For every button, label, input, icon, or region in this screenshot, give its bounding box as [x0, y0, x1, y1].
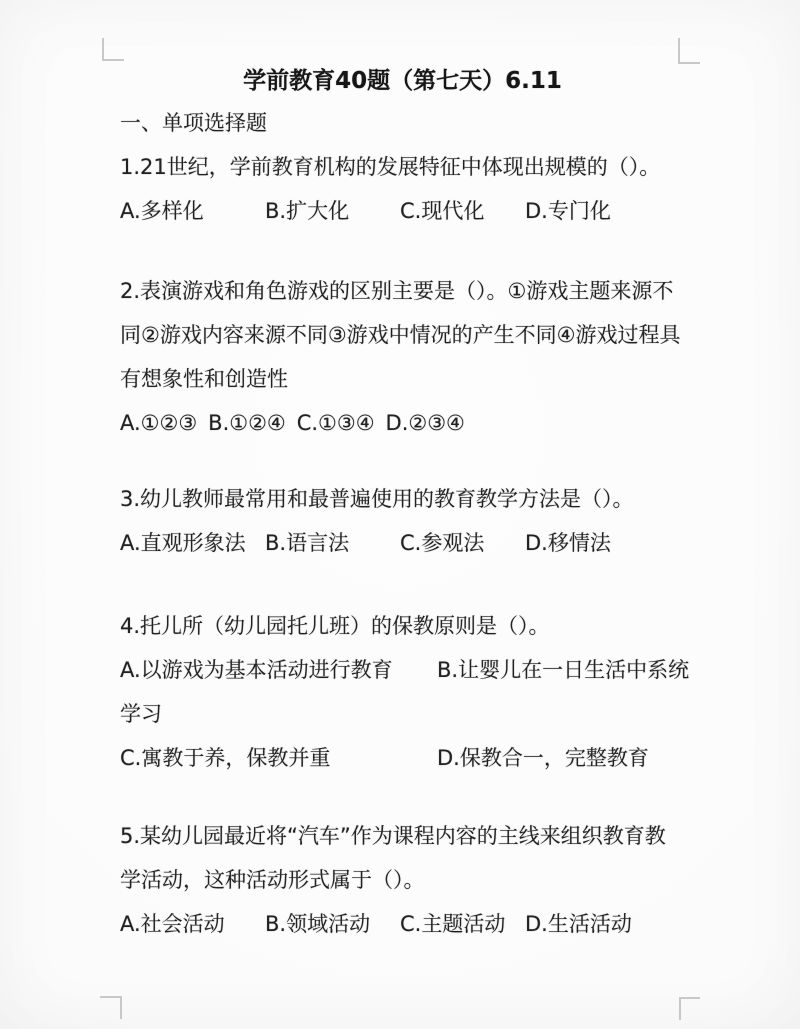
question-2-text-line-3: 有想象性和创造性	[120, 357, 685, 401]
question-2-text-line-1: 2.表演游戏和角色游戏的区别主要是（）。①游戏主题来源不	[120, 269, 685, 313]
crop-mark-bottom-left-icon	[100, 996, 122, 1019]
question-1-options: A.多样化 B.扩大化 C.现代化 D.专门化	[120, 189, 685, 233]
question-4-option-d: D.保教合一，完整教育	[437, 736, 685, 780]
question-4-options-row-1: A.以游戏为基本活动进行教育 B.让婴儿在一日生活中系统	[120, 648, 685, 692]
question-3-text: 3.幼儿教师最常用和最普遍使用的教育教学方法是（）。	[120, 477, 685, 521]
section-heading: 一、单项选择题	[120, 108, 685, 138]
question-5-option-d: D.生活活动	[525, 902, 685, 946]
question-4-text: 4.托儿所（幼儿园托儿班）的保教原则是（）。	[120, 604, 685, 648]
page-title: 学前教育40题（第七天）6.11	[120, 66, 685, 96]
question-4-option-c: C.寓教于养，保教并重	[120, 736, 437, 780]
question-4-option-b: B.让婴儿在一日生活中系统	[437, 648, 689, 692]
question-3-options: A.直观形象法 B.语言法 C.参观法 D.移情法	[120, 521, 685, 565]
question-5-text-line-1: 5.某幼儿园最近将“汽车”作为课程内容的主线来组织教育教	[120, 814, 685, 858]
document-page: 学前教育40题（第七天）6.11 一、单项选择题 1.21世纪，学前教育机构的发…	[0, 0, 800, 1029]
document-content: 学前教育40题（第七天）6.11 一、单项选择题 1.21世纪，学前教育机构的发…	[120, 0, 685, 946]
question-4-option-a: A.以游戏为基本活动进行教育	[120, 648, 437, 692]
crop-mark-bottom-right-icon	[679, 997, 700, 1020]
question-2-text-line-2: 同②游戏内容来源不同③游戏中情况的产生不同④游戏过程具	[120, 313, 685, 357]
question-5-text-line-2: 学活动，这种活动形式属于（）。	[120, 858, 685, 902]
question-2-option-b: B.①②④	[208, 401, 286, 445]
question-3-option-b: B.语言法	[265, 521, 400, 565]
question-5-option-b: B.领域活动	[265, 902, 400, 946]
question-1: 1.21世纪，学前教育机构的发展特征中体现出规模的（）。 A.多样化 B.扩大化…	[120, 145, 685, 233]
question-3-option-d: D.移情法	[525, 521, 685, 565]
question-3-option-c: C.参观法	[400, 521, 525, 565]
question-5-option-a: A.社会活动	[120, 902, 265, 946]
question-1-option-d: D.专门化	[525, 189, 685, 233]
question-5-options: A.社会活动 B.领域活动 C.主题活动 D.生活活动	[120, 902, 685, 946]
question-2-options: A.①②③ B.①②④ C.①③④ D.②③④	[120, 401, 685, 445]
question-1-option-b: B.扩大化	[265, 189, 400, 233]
question-2: 2.表演游戏和角色游戏的区别主要是（）。①游戏主题来源不 同②游戏内容来源不同③…	[120, 269, 685, 445]
question-4-options-row-2: C.寓教于养，保教并重 D.保教合一，完整教育	[120, 736, 685, 780]
question-2-option-c: C.①③④	[297, 401, 375, 445]
question-2-option-a: A.①②③	[120, 401, 197, 445]
question-4-option-b-wrap: 学习	[120, 692, 685, 736]
question-4: 4.托儿所（幼儿园托儿班）的保教原则是（）。 A.以游戏为基本活动进行教育 B.…	[120, 604, 685, 780]
question-1-option-a: A.多样化	[120, 189, 265, 233]
question-1-text: 1.21世纪，学前教育机构的发展特征中体现出规模的（）。	[120, 145, 685, 189]
question-5-option-c: C.主题活动	[400, 902, 525, 946]
question-1-option-c: C.现代化	[400, 189, 525, 233]
question-2-option-d: D.②③④	[386, 401, 465, 445]
question-3: 3.幼儿教师最常用和最普遍使用的教育教学方法是（）。 A.直观形象法 B.语言法…	[120, 477, 685, 565]
question-3-option-a: A.直观形象法	[120, 521, 265, 565]
question-5: 5.某幼儿园最近将“汽车”作为课程内容的主线来组织教育教 学活动，这种活动形式属…	[120, 814, 685, 946]
